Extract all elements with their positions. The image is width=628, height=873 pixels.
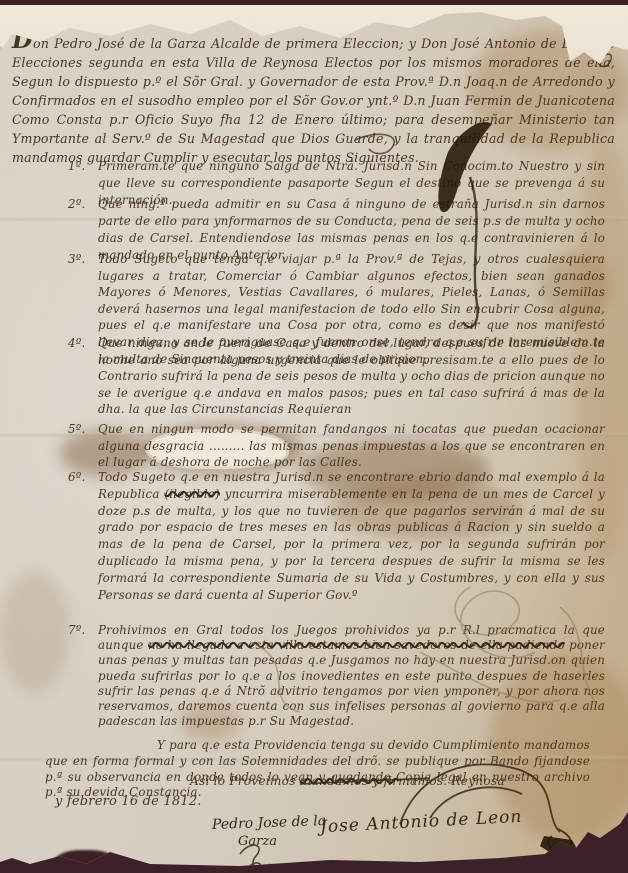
signature-pedro-jose-de-la-garza-line2: Garza <box>238 834 277 849</box>
date-line: y febrero 16 de 1812. <box>55 794 355 809</box>
article-text: Que en ningun modo se permitan fandangos… <box>98 421 605 471</box>
article-number: 4º. <box>68 335 98 418</box>
struck-text: mandamos y fir <box>300 774 399 788</box>
signature-pedro-jose-de-la-garza: Pedro Jose de la <box>212 813 327 833</box>
article-number: 7º. <box>68 623 98 729</box>
struck-text: (ilegible) <box>165 487 220 501</box>
article-5: 5º. Que en ningun modo se permitan fanda… <box>68 421 605 471</box>
closing-text: Y para q.e esta Providencia tenga su dev… <box>45 738 590 801</box>
torn-edge-gap <box>52 850 118 873</box>
article-text: Que ninguno ande fuera de Casa y dentro … <box>98 335 605 418</box>
manuscript-page: Don Pedro José de la Garza Alcalde de pr… <box>0 12 628 873</box>
article-6: 6º. Todo Sugeto q.e en nuestra Jurisd.n … <box>68 469 605 603</box>
article-text: Prohivimos en Gral todos los Juegos proh… <box>98 623 605 729</box>
signature-jose-antonio-de-leon: Jose Antonio de Leon <box>320 807 523 838</box>
article-number: 6º. <box>68 469 98 603</box>
attestation-line: Asi lo Proveimos mandamos y firmamos. Re… <box>190 774 590 788</box>
preamble-text: Don Pedro José de la Garza Alcalde de pr… <box>12 30 615 167</box>
article-4: 4º. Que ninguno ande fuera de Casa y den… <box>68 335 605 418</box>
struck-text: no ha llegado a esta villa estamos bien … <box>148 638 565 652</box>
article-7: 7º. Prohivimos en Gral todos los Juegos … <box>68 623 605 729</box>
stain <box>0 572 70 692</box>
article-number: 5º. <box>68 421 98 471</box>
article-text: Todo Sugeto q.e en nuestra Jurisd.n se e… <box>98 469 605 603</box>
photograph-of-manuscript: { "document": { "preamble": "Don Pedro J… <box>0 0 628 873</box>
